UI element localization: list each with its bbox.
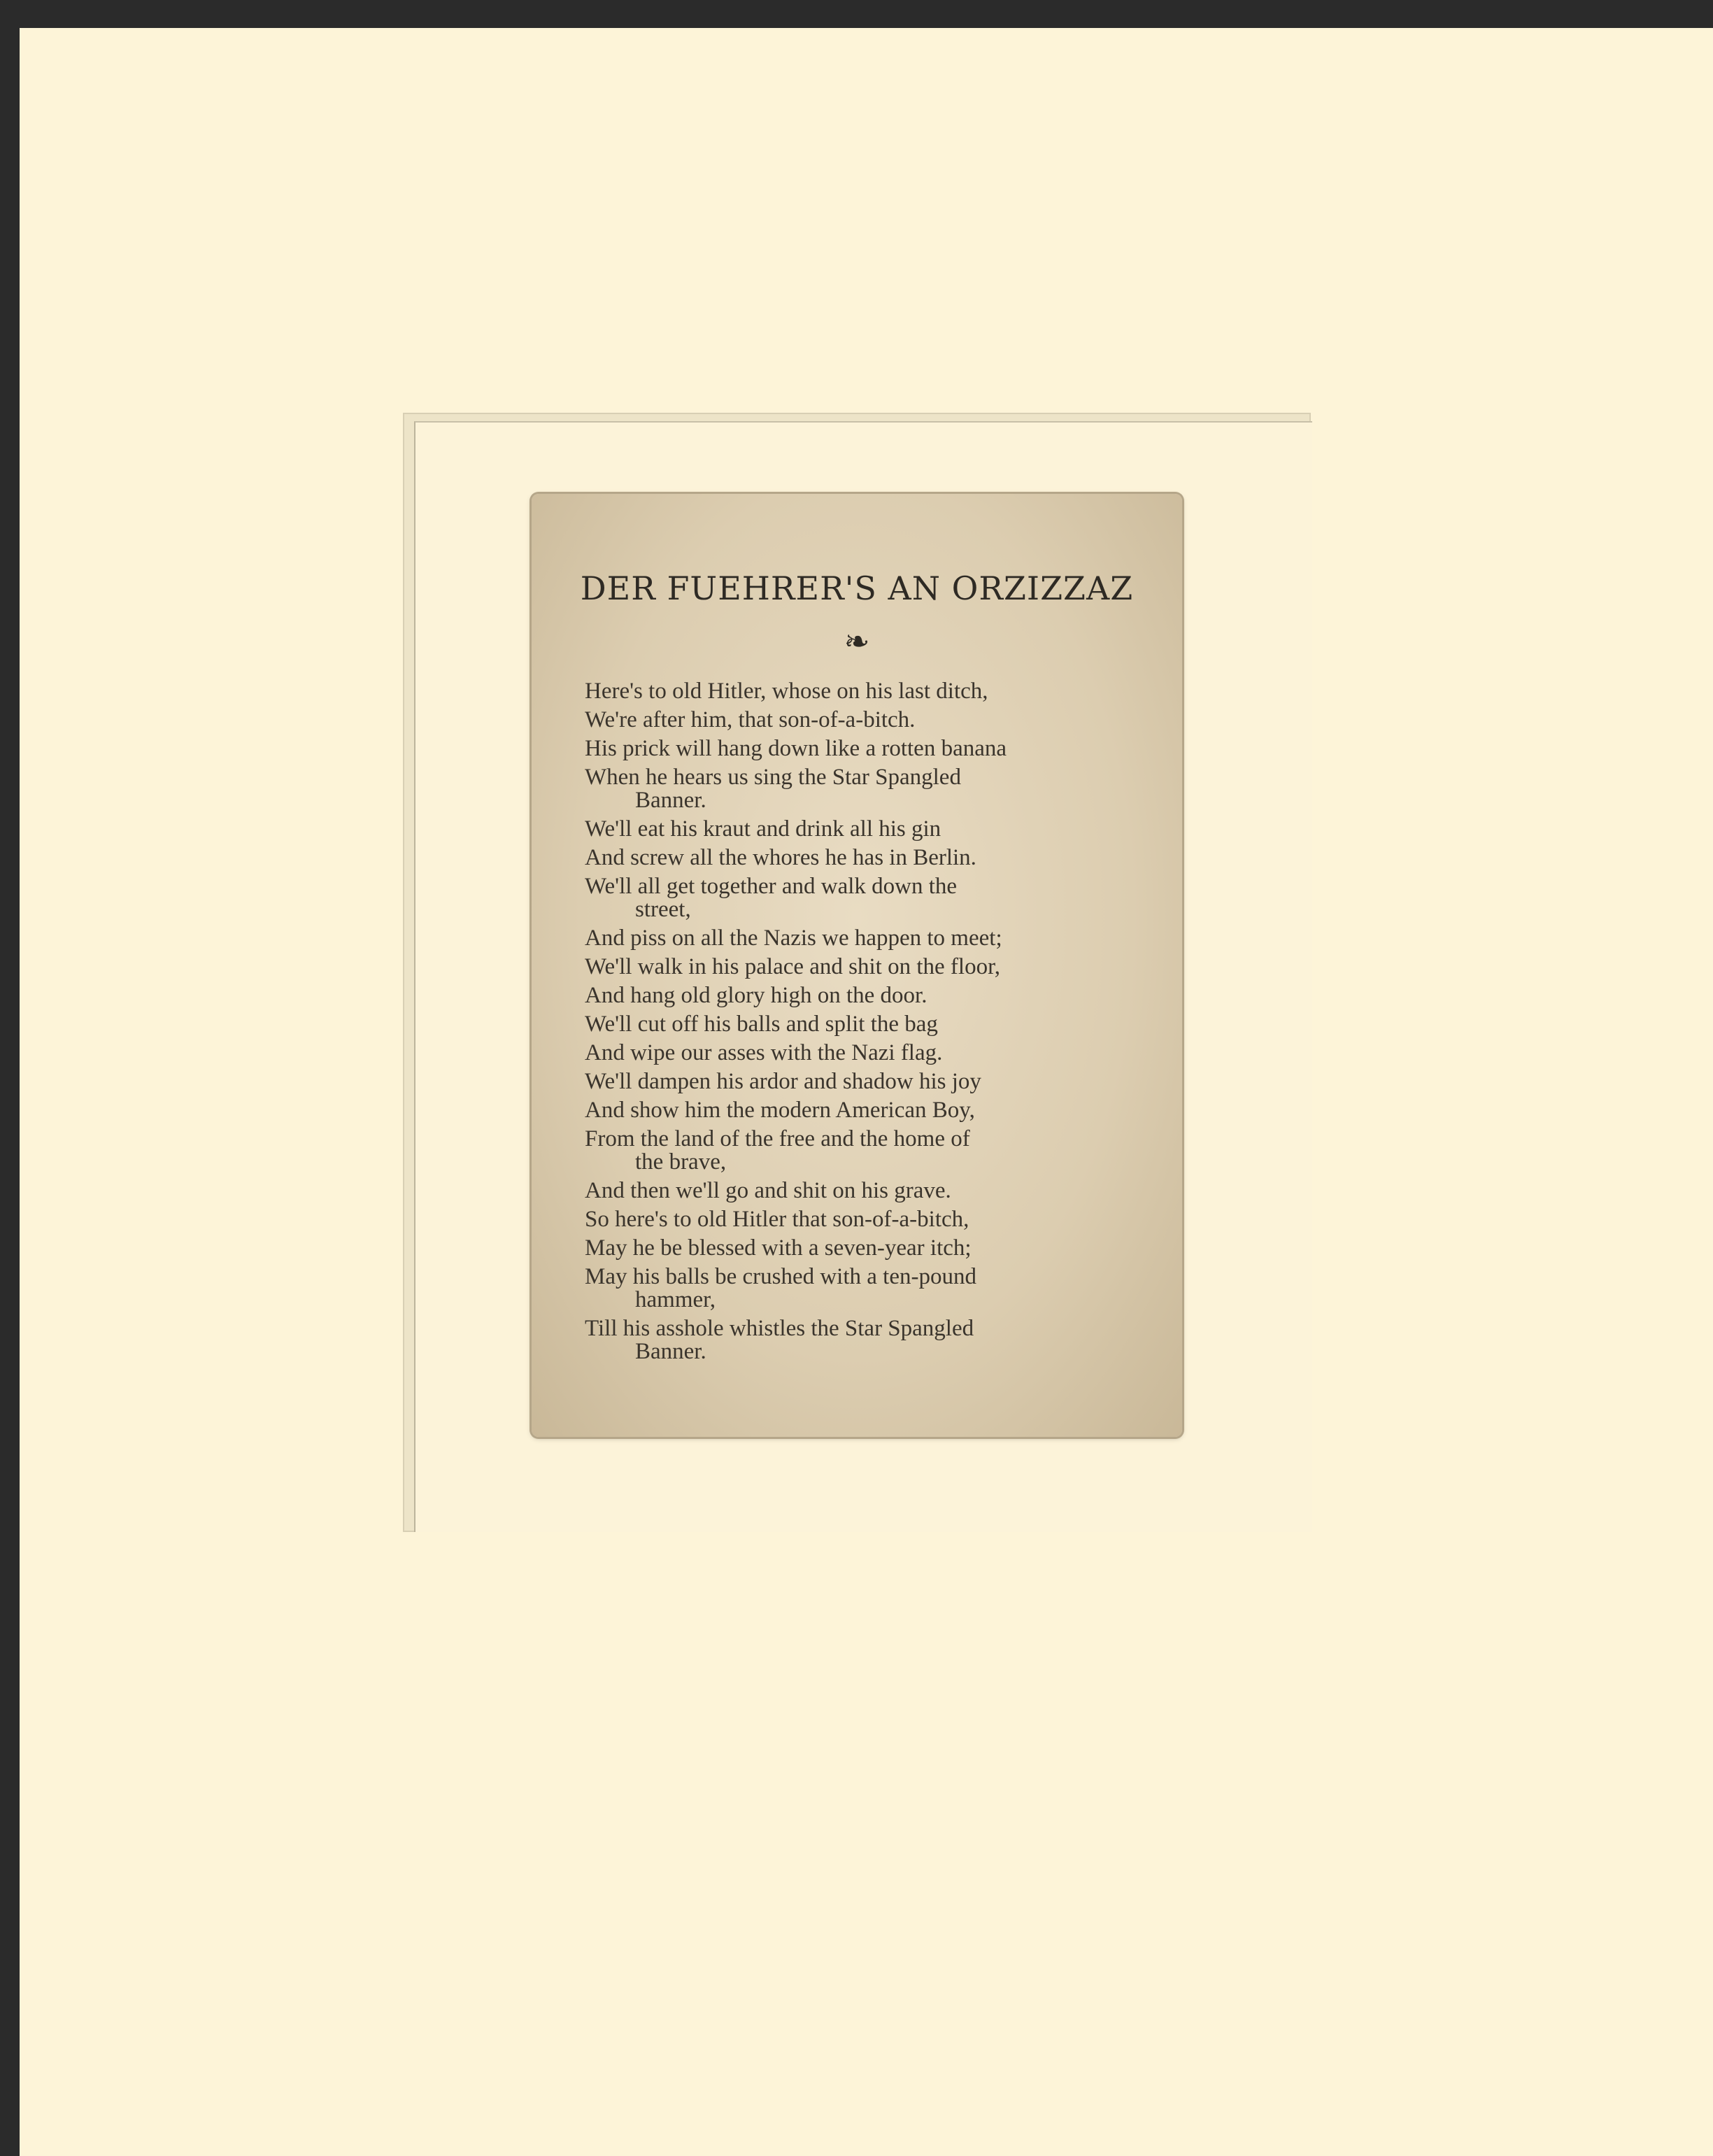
verse-line: And hang old glory high on the door.: [585, 981, 1158, 1010]
verse-line: We'll eat his kraut and drink all his gi…: [585, 815, 1158, 844]
verse-line: We'll cut off his balls and split the ba…: [585, 1010, 1158, 1039]
verse-line: Here's to old Hitler, whose on his last …: [585, 677, 1158, 706]
verse-line: And then we'll go and shit on his grave.: [585, 1177, 1158, 1205]
verse-line: We'll walk in his palace and shit on the…: [585, 953, 1158, 981]
verse-line: We're after him, that son-of-a-bitch.: [585, 706, 1158, 735]
verse-line: And piss on all the Nazis we happen to m…: [585, 924, 1158, 953]
verse-body: Here's to old Hitler, whose on his last …: [585, 677, 1158, 1366]
verse-line: May he be blessed with a seven-year itch…: [585, 1234, 1158, 1263]
verse-line: His prick will hang down like a rotten b…: [585, 735, 1158, 763]
flourish-ornament-icon: ❧: [532, 624, 1182, 660]
verse-line: And wipe our asses with the Nazi flag.: [585, 1039, 1158, 1068]
verse-line: So here's to old Hitler that son-of-a-bi…: [585, 1205, 1158, 1234]
verse-line: We'll dampen his ardor and shadow his jo…: [585, 1068, 1158, 1096]
card-title: DER FUEHRER'S AN ORZIZZAZ: [532, 569, 1182, 607]
verse-line: And show him the modern American Boy,: [585, 1096, 1158, 1125]
printed-card: DER FUEHRER'S AN ORZIZZAZ ❧ Here's to ol…: [532, 494, 1182, 1437]
verse-line: And screw all the whores he has in Berli…: [585, 844, 1158, 872]
